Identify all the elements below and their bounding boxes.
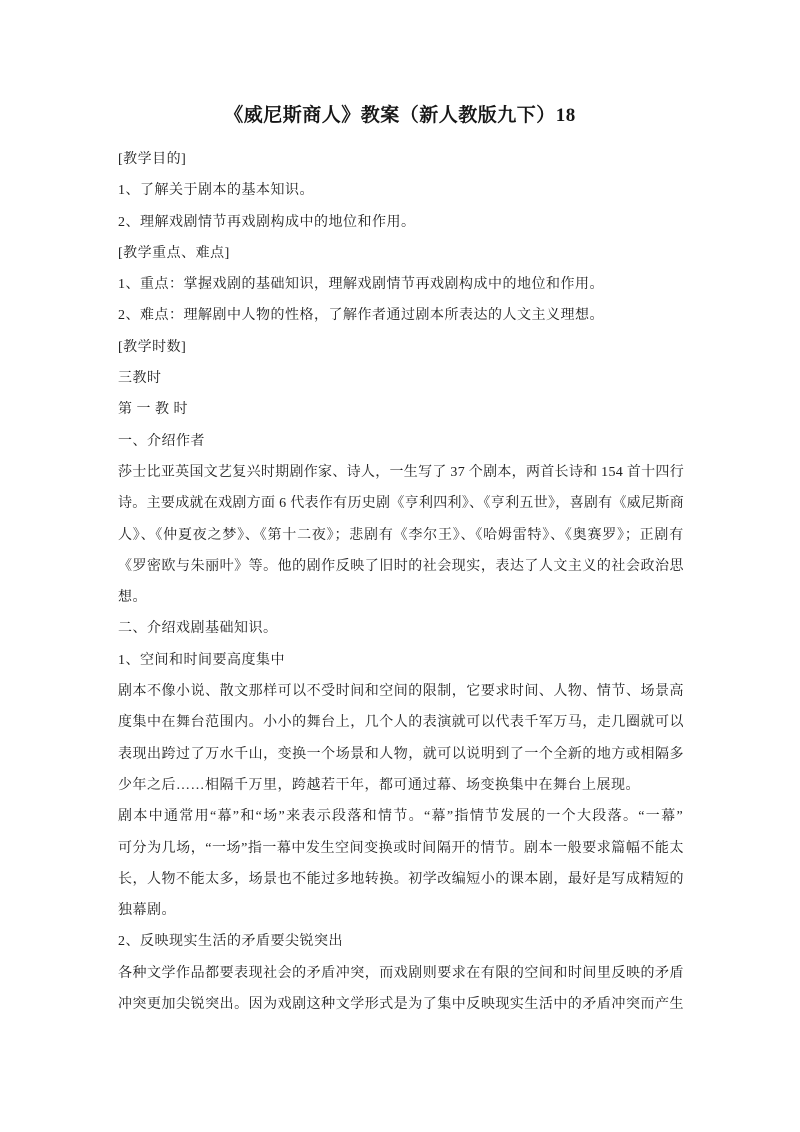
text-line: 人》、《仲夏夜之梦》、《第十二夜》；悲剧有《李尔王》、《哈姆雷特》、《奥赛罗》；… (118, 520, 684, 551)
text-line: 莎士比亚英国文艺复兴时期剧作家、诗人，一生写了 37 个剧本，两首长诗和 154… (118, 457, 684, 488)
text-line: 冲突更加尖锐突出。因为戏剧这种文学形式是为了集中反映现实生活中的矛盾冲突而产生 (118, 989, 684, 1020)
text-line: 第 一 教 时 (118, 394, 684, 425)
text-line: 剧本中通常用“幕”和“场”来表示段落和情节。“幕”指情节发展的一个大段落。“一幕… (118, 801, 684, 832)
text-line: 各种文学作品都要表现社会的矛盾冲突，而戏剧则要求在有限的空间和时间里反映的矛盾 (118, 958, 684, 989)
text-line: 1、空间和时间要高度集中 (118, 645, 684, 676)
text-line: 度集中在舞台范围内。小小的舞台上，几个人的表演就可以代表千军万马，走几圈就可以 (118, 707, 684, 738)
text-line: 表现出跨过了万水千山，变换一个场景和人物，就可以说明到了一个全新的地方或相隔多 (118, 739, 684, 770)
document-body: [教学目的]1、了解关于剧本的基本知识。2、理解戏剧情节再戏剧构成中的地位和作用… (118, 144, 684, 1020)
text-line: 长，人物不能太多，场景也不能过多地转换。初学改编短小的课本剧，最好是写成精短的 (118, 864, 684, 895)
text-line: 1、了解关于剧本的基本知识。 (118, 175, 684, 206)
text-line: 2、难点：理解剧中人物的性格，了解作者通过剧本所表达的人文主义理想。 (118, 300, 684, 331)
document-page: 《威尼斯商人》教案（新人教版九下）18 [教学目的]1、了解关于剧本的基本知识。… (0, 0, 800, 1132)
text-line: 1、重点：掌握戏剧的基础知识，理解戏剧情节再戏剧构成中的地位和作用。 (118, 269, 684, 300)
text-line: [教学时数] (118, 332, 684, 363)
text-line: 诗。主要成就在戏剧方面 6 代表作有历史剧《亨利四利》、《亨利五世》，喜剧有《威… (118, 488, 684, 519)
text-line: 三教时 (118, 363, 684, 394)
text-line: 《罗密欧与朱丽叶》等。他的剧作反映了旧时的社会现实，表达了人文主义的社会政治思 (118, 551, 684, 582)
text-line: 可分为几场，“一场”指一幕中发生空间变换或时间隔开的情节。剧本一般要求篇幅不能太 (118, 833, 684, 864)
text-line: 二、介绍戏剧基础知识。 (118, 613, 684, 644)
document-title: 《威尼斯商人》教案（新人教版九下）18 (0, 103, 800, 129)
text-line: 剧本不像小说、散文那样可以不受时间和空间的限制，它要求时间、人物、情节、场景高 (118, 676, 684, 707)
text-line: [教学重点、难点] (118, 238, 684, 269)
text-line: 2、理解戏剧情节再戏剧构成中的地位和作用。 (118, 207, 684, 238)
text-line: 2、反映现实生活的矛盾要尖锐突出 (118, 926, 684, 957)
text-line: [教学目的] (118, 144, 684, 175)
text-line: 少年之后……相隔千万里，跨越若干年，都可通过幕、场变换集中在舞台上展现。 (118, 770, 684, 801)
text-line: 一、介绍作者 (118, 426, 684, 457)
text-line: 想。 (118, 582, 684, 613)
text-line: 独幕剧。 (118, 895, 684, 926)
